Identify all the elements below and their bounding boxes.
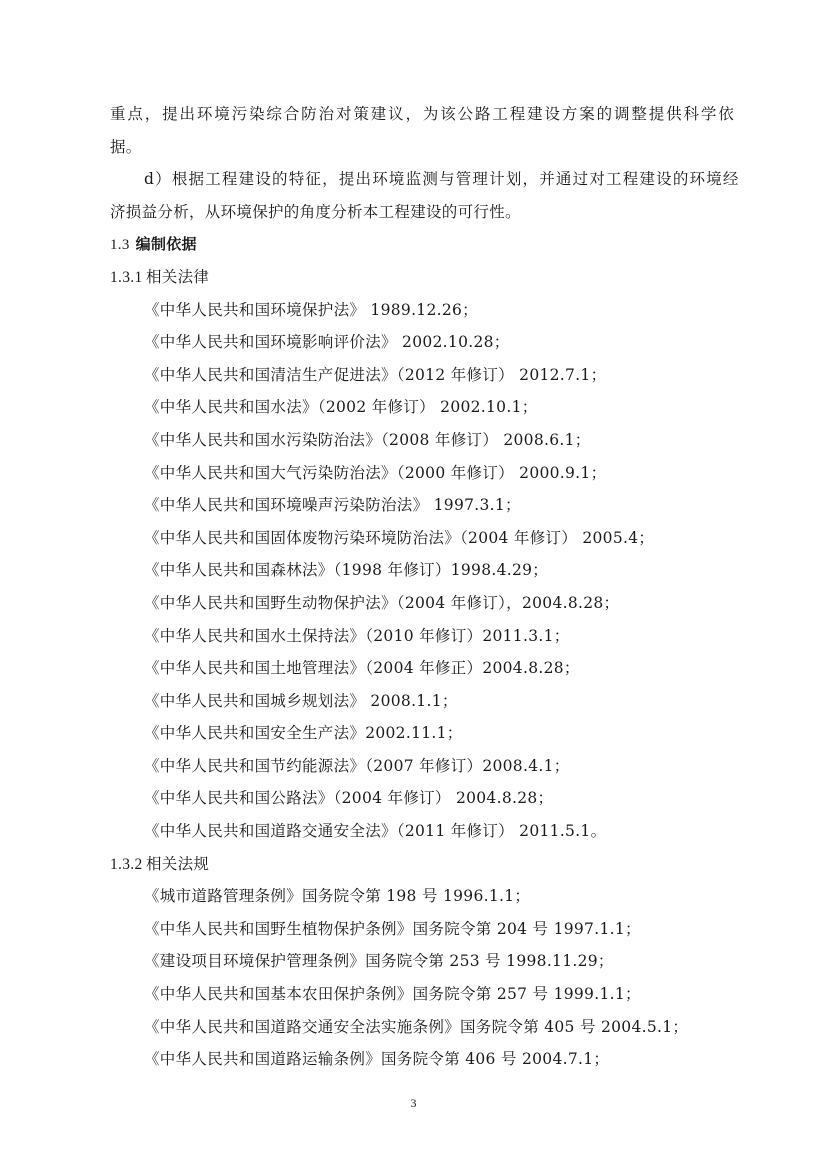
regulation-item: 《中华人民共和国野生植物保护条例》国务院令第 204 号 1997.1.1； xyxy=(110,913,735,946)
law-item: 《中华人民共和国土地管理法》（2004 年修正）2004.8.28； xyxy=(110,652,735,685)
subsection-title: 相关法规 xyxy=(146,855,209,873)
section-heading: 1.3编制依据 xyxy=(110,228,735,261)
subsection-heading-regulations: 1.3.2相关法规 xyxy=(110,848,735,881)
section-title: 编制依据 xyxy=(136,235,197,253)
regulation-item: 《建设项目环境保护管理条例》国务院令第 253 号 1998.11.29； xyxy=(110,945,735,978)
law-item: 《中华人民共和国水污染防治法》（2008 年修订） 2008.6.1； xyxy=(110,424,735,457)
document-page: 重点，提出环境污染综合防治对策建议，为该公路工程建设方案的调整提供科学依 据。 … xyxy=(110,98,735,1076)
law-item: 《中华人民共和国固体废物污染环境防治法》（2004 年修订） 2005.4； xyxy=(110,522,735,555)
law-item: 《中华人民共和国道路交通安全法》（2011 年修订） 2011.5.1。 xyxy=(110,815,735,848)
regulations-list: 《城市道路管理条例》国务院令第 198 号 1996.1.1； 《中华人民共和国… xyxy=(110,880,735,1076)
subsection-heading-laws: 1.3.1相关法律 xyxy=(110,261,735,294)
regulation-item: 《中华人民共和国道路交通安全法实施条例》国务院令第 405 号 2004.5.1… xyxy=(110,1011,735,1044)
law-item: 《中华人民共和国水土保持法》（2010 年修订）2011.3.1； xyxy=(110,620,735,653)
regulation-item: 《城市道路管理条例》国务院令第 198 号 1996.1.1； xyxy=(110,880,735,913)
law-item: 《中华人民共和国公路法》（2004 年修订） 2004.8.28； xyxy=(110,782,735,815)
law-item: 《中华人民共和国环境保护法》 1989.12.26； xyxy=(110,294,735,327)
regulation-item: 《中华人民共和国基本农田保护条例》国务院令第 257 号 1999.1.1； xyxy=(110,978,735,1011)
page-number: 3 xyxy=(0,1096,827,1111)
law-item: 《中华人民共和国环境影响评价法》 2002.10.28； xyxy=(110,326,735,359)
law-item: 《中华人民共和国野生动物保护法》（2004 年修订），2004.8.28； xyxy=(110,587,735,620)
law-item: 《中华人民共和国安全生产法》2002.11.1； xyxy=(110,717,735,750)
laws-list: 《中华人民共和国环境保护法》 1989.12.26； 《中华人民共和国环境影响评… xyxy=(110,294,735,848)
law-item: 《中华人民共和国节约能源法》（2007 年修订）2008.4.1； xyxy=(110,750,735,783)
law-item: 《中华人民共和国森林法》（1998 年修订）1998.4.29； xyxy=(110,554,735,587)
law-item: 《中华人民共和国清洁生产促进法》（2012 年修订） 2012.7.1； xyxy=(110,359,735,392)
paragraph-line: 重点，提出环境污染综合防治对策建议，为该公路工程建设方案的调整提供科学依 xyxy=(110,98,735,131)
paragraph-line: 据。 xyxy=(110,131,735,164)
subsection-title: 相关法律 xyxy=(146,268,209,286)
subsection-number: 1.3.1 xyxy=(110,262,146,295)
section-number: 1.3 xyxy=(110,237,130,253)
regulation-item: 《中华人民共和国道路运输条例》国务院令第 406 号 2004.7.1； xyxy=(110,1043,735,1076)
paragraph-line: 济损益分析，从环境保护的角度分析本工程建设的可行性。 xyxy=(110,196,735,229)
paragraph-line: d）根据工程建设的特征，提出环境监测与管理计划，并通过对工程建设的环境经 xyxy=(110,163,735,196)
law-item: 《中华人民共和国环境噪声污染防治法》 1997.3.1； xyxy=(110,489,735,522)
law-item: 《中华人民共和国城乡规划法》 2008.1.1； xyxy=(110,685,735,718)
law-item: 《中华人民共和国水法》（2002 年修订） 2002.10.1； xyxy=(110,391,735,424)
law-item: 《中华人民共和国大气污染防治法》（2000 年修订） 2000.9.1； xyxy=(110,457,735,490)
subsection-number: 1.3.2 xyxy=(110,849,146,882)
